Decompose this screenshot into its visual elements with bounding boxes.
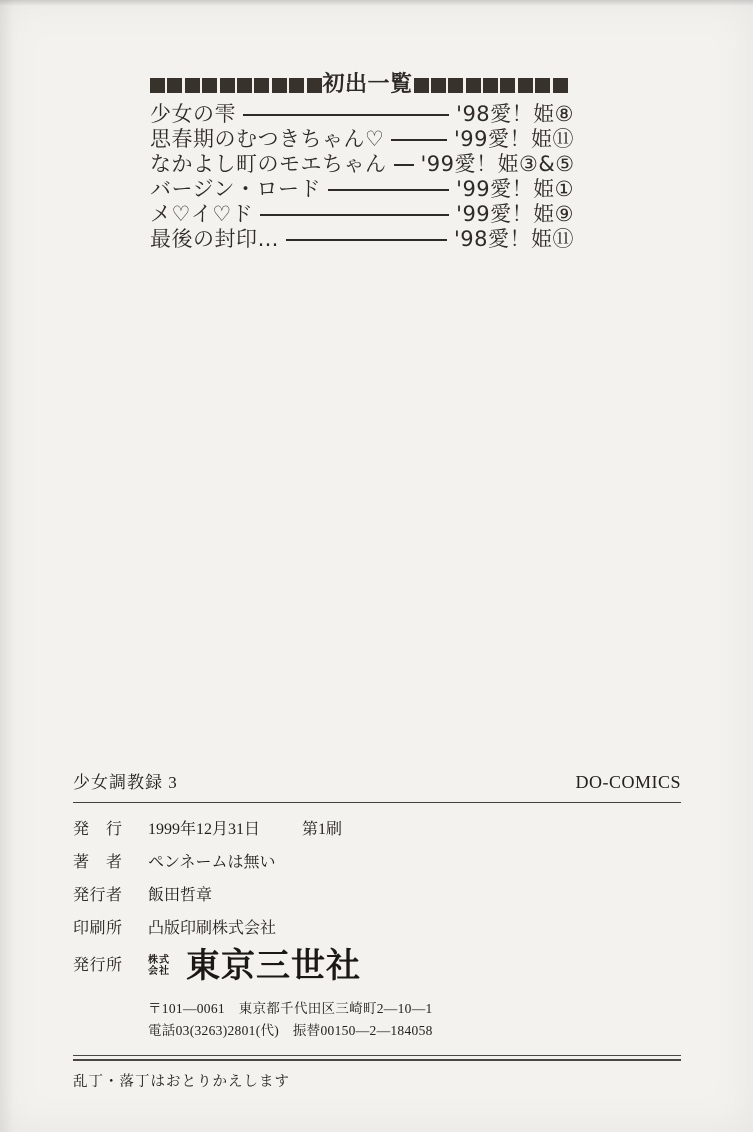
publication-row: なかよし町のモエちゃん '99愛！姫③&⑤: [150, 150, 574, 175]
leader-line: [260, 214, 449, 216]
colophon-row-author: 著 者 ペンネームは無い: [73, 853, 681, 873]
leader-line: [394, 164, 414, 166]
black-square-icon: [483, 78, 498, 93]
publication-row: メ♡イ♡ド '99愛！姫⑨: [150, 200, 574, 225]
row-label: 発行所: [73, 956, 148, 976]
leader-line: [391, 139, 447, 141]
black-square-icon: [500, 78, 515, 93]
header-squares-left: [150, 78, 322, 93]
black-square-icon: [289, 78, 304, 93]
header-squares-right: [414, 78, 568, 93]
black-square-icon: [237, 78, 252, 93]
black-square-icon: [272, 78, 287, 93]
corporation-prefix: 株式 会社: [148, 955, 170, 978]
first-publication-list: 初出一覧 少女の雫 '98愛！姫⑧ 思春期のむつきちゃん♡ '99愛！姫⑪ なか…: [150, 74, 574, 250]
defective-copy-notice: 乱丁・落丁はおとりかえします: [73, 1070, 681, 1091]
black-square-icon: [448, 78, 463, 93]
address-line: 〒101—0061 東京都千代田区三崎町2—10—1: [148, 998, 681, 1020]
publisher-logo-text: 東京三世社: [186, 947, 361, 985]
colophon-row-printer: 印刷所 凸版印刷株式会社: [73, 919, 681, 939]
publication-row: バージン・ロード '99愛！姫①: [150, 175, 574, 200]
row-label: 印刷所: [73, 919, 148, 939]
book-title: 少女調教録 3: [73, 773, 178, 793]
black-square-icon: [414, 78, 429, 93]
black-square-icon: [518, 78, 533, 93]
colophon-row-publisher: 発行所 株式 会社 東京三世社: [73, 947, 681, 985]
leader-line: [328, 189, 449, 191]
black-square-icon: [307, 78, 322, 93]
publication-source: '98愛！姫⑪: [454, 223, 574, 253]
black-square-icon: [167, 78, 182, 93]
row-label: 発 行: [73, 820, 148, 840]
black-square-icon: [202, 78, 217, 93]
publication-row: 最後の封印… '98愛！姫⑪: [150, 225, 574, 250]
leader-line: [243, 114, 449, 116]
colophon-row-issuer: 発行者 飯田哲章: [73, 886, 681, 906]
colophon-row-publication-date: 発 行 1999年12月31日 第1刷: [73, 820, 681, 840]
double-divider-line: [73, 1055, 681, 1061]
corporation-prefix-bottom: 会社: [148, 966, 170, 978]
publication-row: 思春期のむつきちゃん♡ '99愛！姫⑪: [150, 125, 574, 150]
publisher-address: 〒101—0061 東京都千代田区三崎町2—10—1 電話03(3263)280…: [148, 998, 681, 1042]
publication-list-header: 初出一覧: [150, 74, 574, 96]
colophon: 少女調教録 3 DO-COMICS 発 行 1999年12月31日 第1刷 著 …: [73, 772, 681, 1091]
corporation-prefix-top: 株式: [148, 955, 170, 967]
row-value: 1999年12月31日: [148, 820, 260, 840]
black-square-icon: [431, 78, 446, 93]
imprint-label: DO-COMICS: [575, 772, 681, 792]
colophon-page: 初出一覧 少女の雫 '98愛！姫⑧ 思春期のむつきちゃん♡ '99愛！姫⑪ なか…: [0, 0, 753, 1132]
phone-line: 電話03(3263)2801(代) 振替00150—2—184058: [148, 1020, 681, 1042]
publication-row: 少女の雫 '98愛！姫⑧: [150, 100, 574, 125]
row-label: 発行者: [73, 886, 148, 906]
black-square-icon: [220, 78, 235, 93]
row-value: 凸版印刷株式会社: [148, 919, 276, 939]
black-square-icon: [553, 78, 568, 93]
publication-title: 最後の封印…: [150, 223, 279, 253]
leader-line: [286, 239, 447, 241]
printing-number: 第1刷: [302, 820, 342, 840]
divider-line: [73, 802, 681, 803]
row-value: ペンネームは無い: [148, 853, 276, 873]
row-value: 飯田哲章: [148, 886, 212, 906]
colophon-header: 少女調教録 3 DO-COMICS: [73, 772, 681, 793]
black-square-icon: [466, 78, 481, 93]
black-square-icon: [254, 78, 269, 93]
row-label: 著 者: [73, 853, 148, 873]
black-square-icon: [185, 78, 200, 93]
section-title: 初出一覧: [323, 74, 413, 96]
black-square-icon: [535, 78, 550, 93]
black-square-icon: [150, 78, 165, 93]
